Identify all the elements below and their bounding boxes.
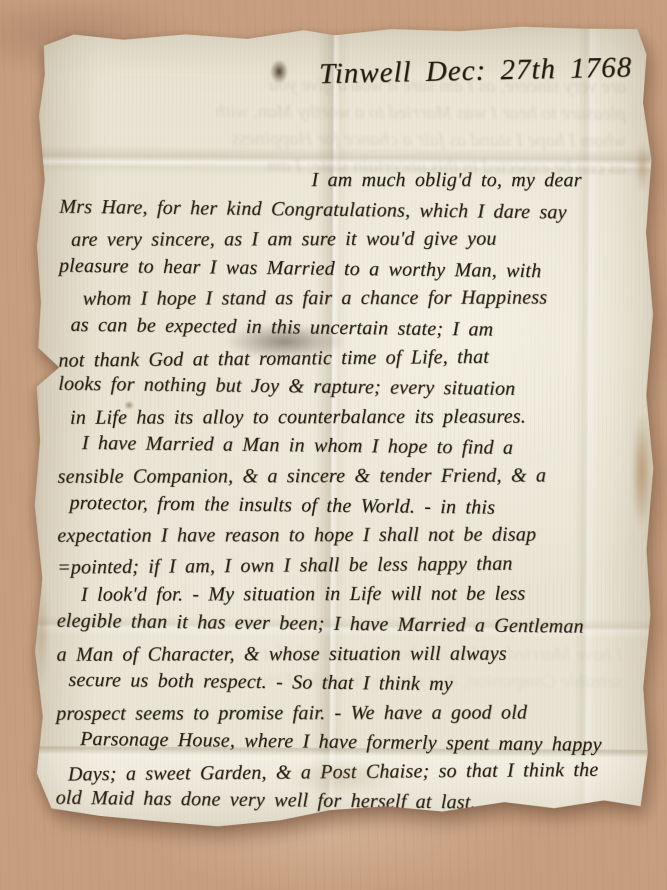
- paper-edge-vignette: [32, 18, 659, 834]
- letter-photograph: are very sincere, as I am sure it wou'd …: [0, 0, 667, 890]
- letter-paper-wrapper: are very sincere, as I am sure it wou'd …: [32, 18, 659, 834]
- letter-paper: are very sincere, as I am sure it wou'd …: [32, 18, 659, 834]
